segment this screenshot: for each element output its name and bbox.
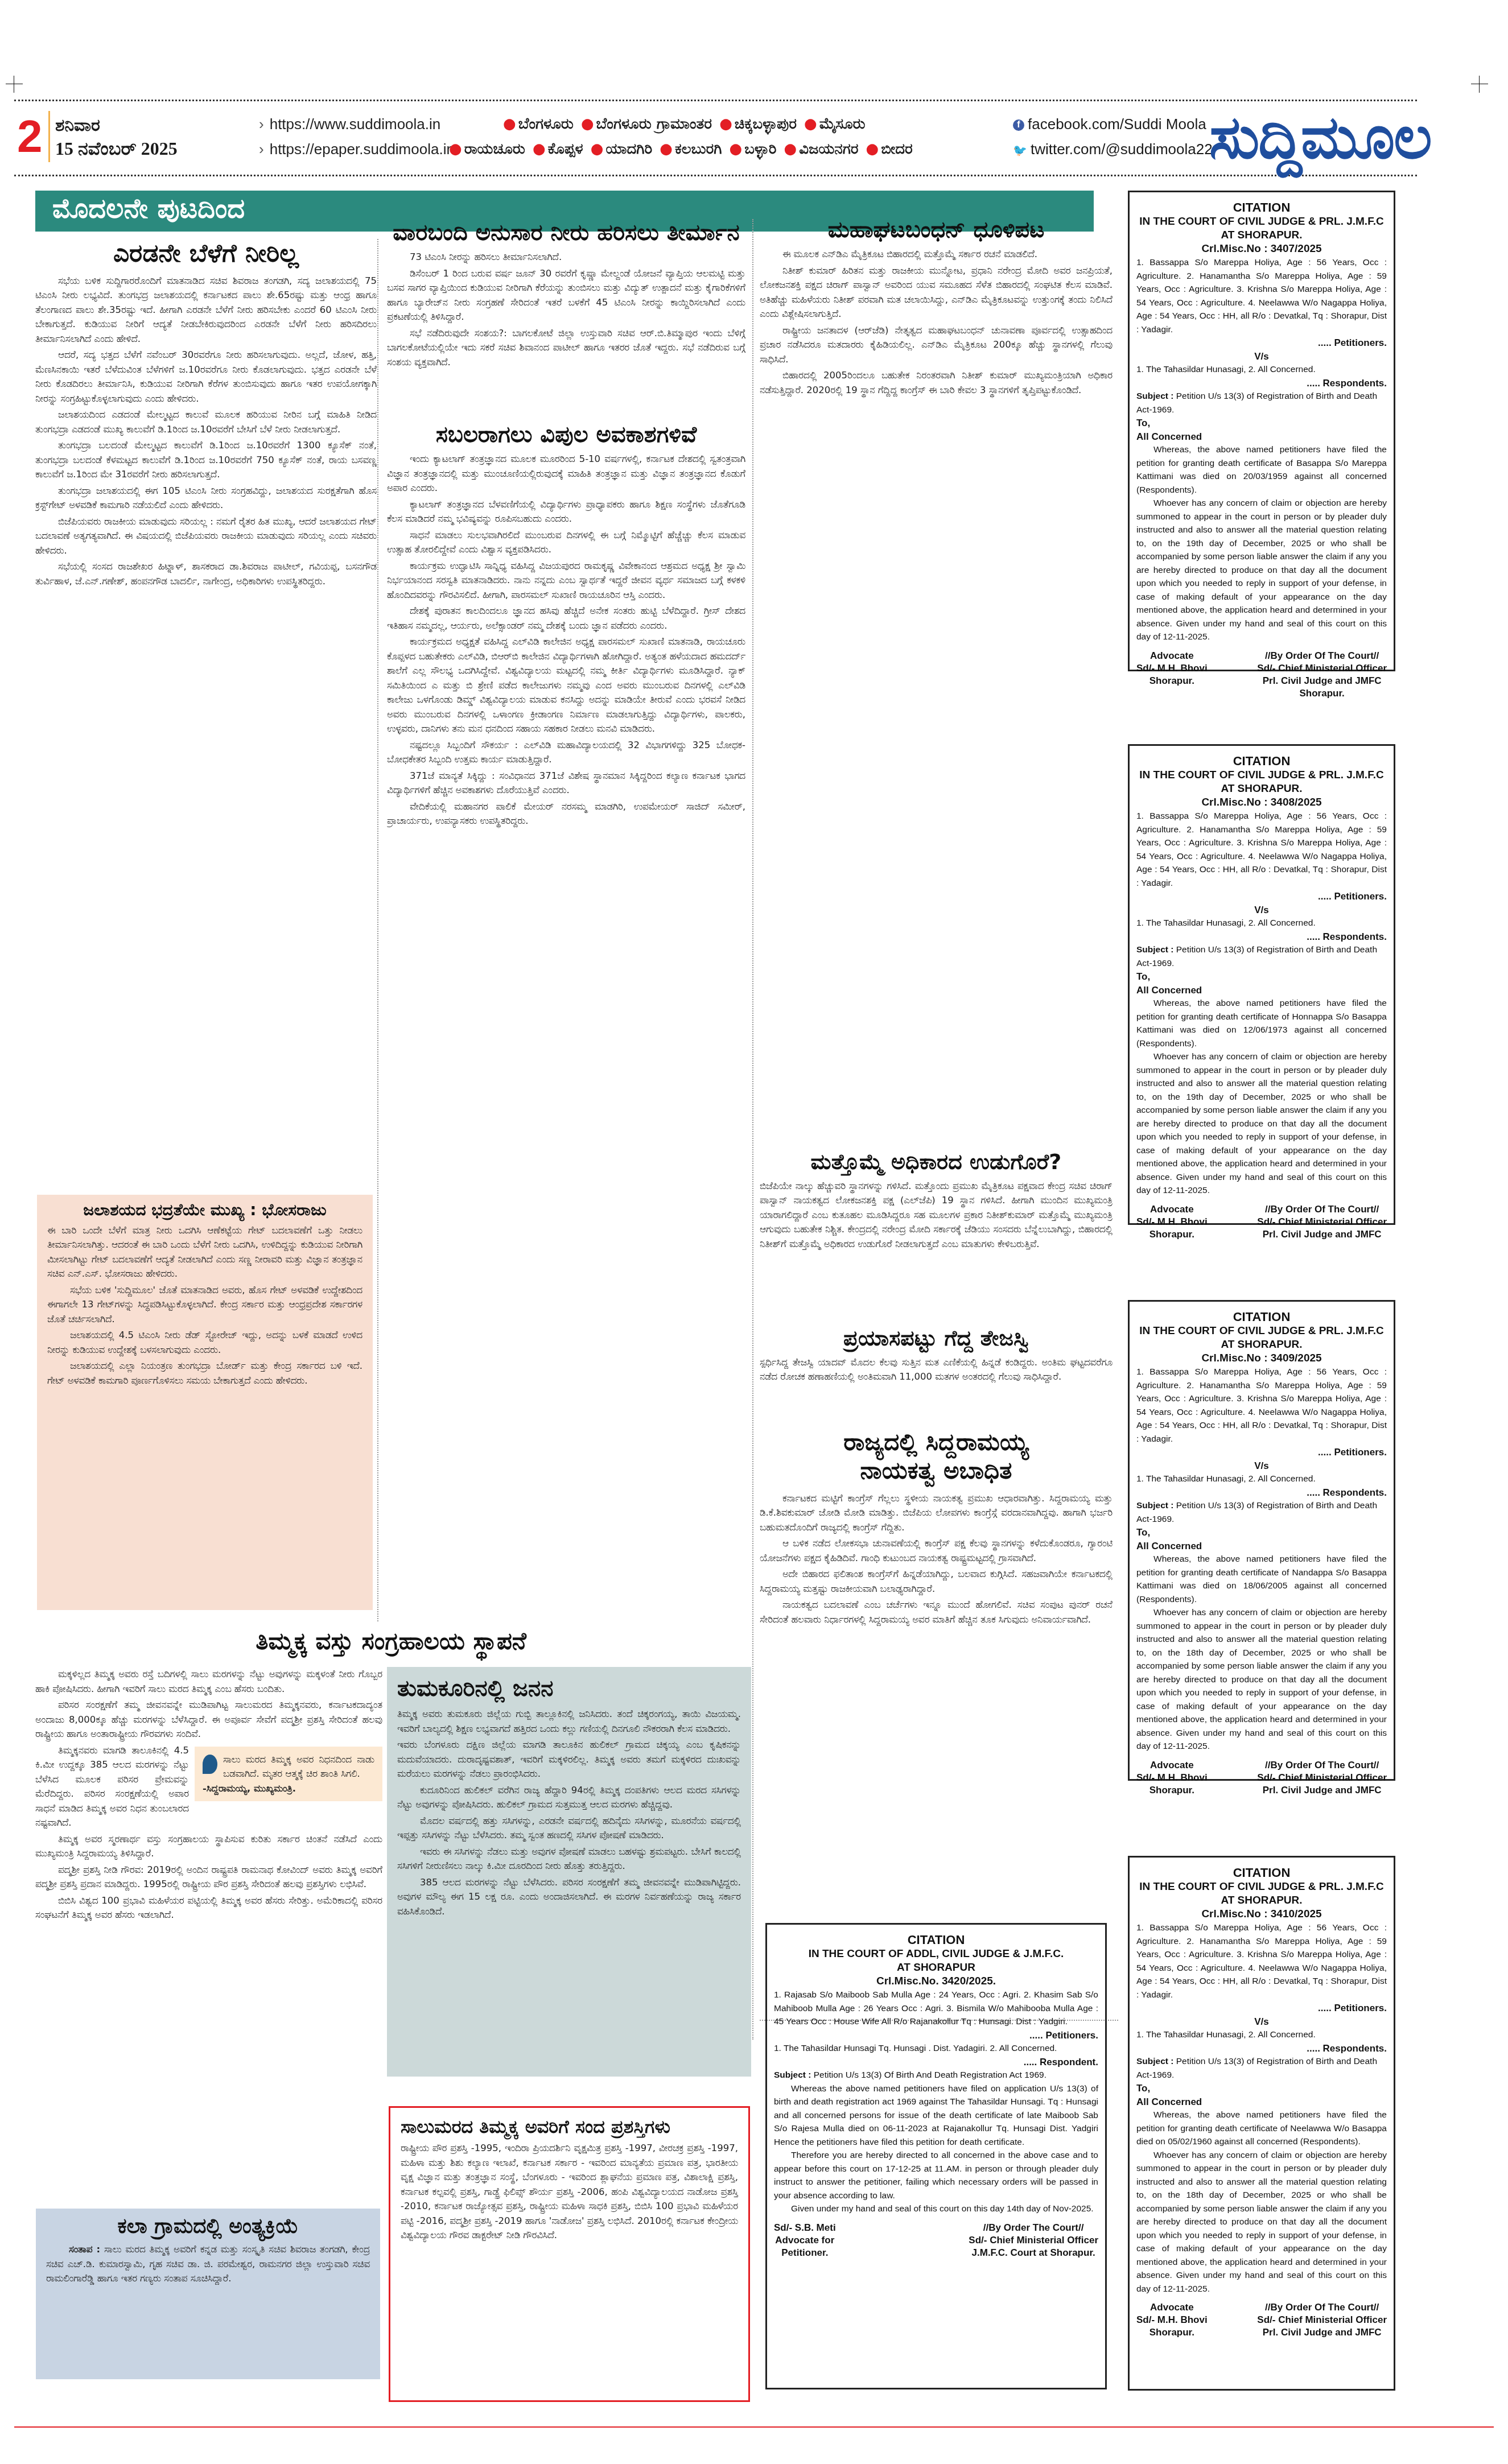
district-list-row2: ●ರಾಯಚೂರು ●ಕೊಪ್ಪಳ ●ಯಾದಗಿರಿ ●ಕಲಬುರಗಿ ●ಬಳ್ಳ… [447,141,913,158]
notice-paragraph: Whereas, the above named petitioners hav… [1136,997,1387,1050]
quote-text: ಸಾಲು ಮರದ ತಿಮ್ಮಕ್ಕ ಅವರ ನಿಧನದಿಂದ ನಾಡು ಬಡವಾ… [203,1752,374,1781]
court-name: IN THE COURT OF ADDL, CIVIL JUDGE & J.M.… [774,1947,1098,1961]
newspaper-logo: ಸುದ್ದಿಮೂಲ [1209,102,1431,172]
notice-title: CITATION [1136,754,1387,769]
petitioners-label: ..... Petitioners. [1136,336,1387,350]
petitioners: 1. Rajasab S/o Maiboob Sab Mulla Age : 2… [774,1988,1098,2029]
article-museum: ಮಕ್ಕಳಿಲ್ಲದ ತಿಮ್ಮಕ್ಕ ಅವರು ರಸ್ತೆ ಬದಿಗಳಲ್ಲಿ… [35,1667,382,2190]
bullet-icon: ● [533,141,546,158]
case-number: Crl.Misc.No. 3420/2025. [774,1975,1098,1988]
respondents-label: ..... Respondents. [1136,2042,1387,2056]
court-place: AT SHORAPUR [774,1961,1098,1975]
facebook-icon: f [1013,119,1024,131]
crop-mark-top-right [1471,76,1488,93]
addressee: All Concerned [1136,984,1387,997]
case-number: Crl.Misc.No : 3410/2025 [1136,1908,1387,1921]
box-body: ಸಂತಾಪ : ಸಾಲು ಮರದ ತಿಮ್ಮಕ್ಕ ಅವರಿಗೆ ಕನ್ನಡ ಮ… [46,2242,370,2286]
article-opportunities: ಸಬಲರಾಗಲು ವಿಪುಲ ಅವಕಾಶಗಳಿವೆ ಇಂದು ಕ್ಯಾಟಲಾಗ್… [387,421,745,1621]
addressee-to: To, [1136,970,1387,984]
respondents-label: ..... Respondents. [1136,930,1387,944]
notice-paragraph: Whoever has any concern of claim or obje… [1136,2149,1387,2296]
quote-box: ಸಾಲು ಮರದ ತಿಮ್ಮಕ್ಕ ಅವರ ನಿಧನದಿಂದ ನಾಡು ಬಡವಾ… [195,1747,382,1802]
versus: V/s [1136,1459,1387,1473]
headline: ವಾರಬಂದಿ ಅನುಸಾರ ನೀರು ಹರಿಸಲು ತೀರ್ಮಾನ [387,219,745,246]
box-body: ರಾಷ್ಟ್ರೀಯ ಪೌರ ಪ್ರಶಸ್ತಿ -1995, ಇಂದಿರಾ ಪ್ರ… [401,2141,738,2243]
headline-line1: ರಾಜ್ಯದಲ್ಲಿ ಸಿದ್ದರಾಮಯ್ಯ [760,1428,1113,1456]
petitioners: 1. Bassappa S/o Mareppa Holiya, Age : 56… [1136,1921,1387,2001]
versus: V/s [1136,903,1387,917]
box-headline: ಜಲಾಶಯದ ಭದ್ರತೆಯೇ ಮುಖ್ಯ : ಭೋಸರಾಜು [47,1200,362,1220]
addressee-to: To, [1136,2082,1387,2095]
signature-right: //By Order Of The Court//Sd/- Chief Mini… [1257,1203,1387,1241]
signature-right: //By Order Of The Court//Sd/- Chief Mini… [1257,650,1387,700]
bullet-icon: ● [804,115,817,133]
bullet-icon: ● [729,141,742,158]
facebook-link[interactable]: ffacebook.com/Suddi Moola [1013,115,1206,133]
section-banner-label: ಮೊದಲನೇ ಪುಟದಿಂದ [52,193,245,225]
signatures: AdvocateSd/- M.H. BhoviShorapur. //By Or… [1136,2301,1387,2339]
legal-notice-3410: CITATION IN THE COURT OF CIVIL JUDGE & P… [1128,1856,1395,2391]
addressee: All Concerned [1136,1540,1387,1553]
addressee: All Concerned [1136,2095,1387,2109]
subject: Subject : Petition U/s 13(3) Of Birth An… [774,2069,1098,2082]
headline: ಪ್ರಯಾಸಪಟ್ಟು ಗೆದ್ದ ತೇಜಸ್ವಿ [760,1326,1113,1352]
headline: ಎರಡನೇ ಬೆಳೆಗೆ ನೀರಿಲ್ಲ [35,239,377,269]
petitioners-label: ..... Petitioners. [1136,1446,1387,1459]
respondents: 1. The Tahasildar Hunasagi, 2. All Conce… [1136,363,1387,377]
notice-paragraph: Therefore you are hereby directed to all… [774,2149,1098,2202]
bullet-icon: ● [866,141,879,158]
addressee-to: To, [1136,416,1387,430]
box-headline: ಸಾಲುಮರದ ತಿಮ್ಮಕ್ಕ ಅವರಿಗೆ ಸಂದ ಪ್ರಶಸ್ತಿಗಳು [401,2116,738,2137]
court-place: AT SHORAPUR. [1136,782,1387,796]
article-body: ಈ ಮೂಲಕ ಎನ್‌ಡಿಎ ಮೈತ್ರಿಕೂಟ ಬಿಹಾರದಲ್ಲಿ ಮತ್ತ… [760,247,1113,397]
legal-notice-3408: CITATION IN THE COURT OF CIVIL JUDGE & P… [1128,744,1395,1225]
article-museum-headline: ತಿಮ್ಮಕ್ಕ ವಸ್ತು ಸಂಗ್ರಹಾಲಯ ಸ್ಥಾಪನೆ [35,1627,747,1656]
article-awards-box: ಸಾಲುಮರದ ತಿಮ್ಮಕ್ಕ ಅವರಿಗೆ ಸಂದ ಪ್ರಶಸ್ತಿಗಳು … [389,2106,750,2402]
petitioners-label: ..... Petitioners. [1136,890,1387,903]
signature-left: AdvocateSd/- M.H. BhoviShorapur. [1136,650,1208,700]
quote-author: -ಸಿದ್ದರಾಮಯ್ಯ, ಮುಖ್ಯಮಂತ್ರಿ. [203,1781,374,1796]
column-divider [752,219,753,2040]
article-body: ಸಭೆಯ ಬಳಿಕ ಸುದ್ದಿಗಾರರೊಂದಿಗೆ ಮಾತನಾಡಿದ ಸಚಿವ… [35,274,377,589]
bullet-icon: ● [784,141,797,158]
quote-drop-icon [203,1755,217,1774]
page-number: 2 [17,111,43,162]
headline-line2: ನಾಯಕತ್ವ ಅಬಾಧಿತ [760,1456,1113,1485]
signatures: AdvocateSd/- M.H. BhoviShorapur. //By Or… [1136,1203,1387,1241]
court-place: AT SHORAPUR. [1136,1894,1387,1908]
bullet-icon: ● [449,141,462,158]
notice-paragraph: Whoever has any concern of claim or obje… [1136,497,1387,644]
notice-title: CITATION [774,1933,1098,1947]
respondents: 1. The Tahasildar Hunasagi, 2. All Conce… [1136,1472,1387,1486]
masthead-bottom-rule [14,175,1417,176]
article-body: ಇಂದು ಕ್ಯಾಟಲಾಗ್ ತಂತ್ರಜ್ಞಾನದ ಮೂಲಕ ಮೂರರಿಂದ … [387,452,745,828]
signature-left: AdvocateSd/- M.H. BhoviShorapur. [1136,1759,1208,1797]
bullet-icon: ● [591,141,604,158]
case-number: Crl.Misc.No : 3409/2025 [1136,1352,1387,1365]
lead-label: ಸಂತಾಪ : [69,2244,100,2255]
notice-title: CITATION [1136,200,1387,215]
notice-paragraph: Whoever has any concern of claim or obje… [1136,1606,1387,1753]
box-body: ಈ ಬಾರಿ ಒಂದೇ ಬೆಳೆಗೆ ಮಾತ್ರ ನೀರು ಒದಗಿಸಿ ಆಣೆ… [47,1223,362,1388]
respondents: 1. The Tahasildar Hunasagi, 2. All Conce… [1136,917,1387,930]
court-name: IN THE COURT OF CIVIL JUDGE & PRL. J.M.F… [1136,215,1387,229]
masthead-top-rule [14,100,1417,101]
case-number: Crl.Misc.No : 3408/2025 [1136,796,1387,810]
notice-paragraph: Whereas, the above named petitioners hav… [1136,443,1387,497]
bullet-icon: ● [503,115,516,133]
notice-paragraph: Whereas the above named petitioners have… [774,2082,1098,2149]
legal-notice-3420: CITATION IN THE COURT OF ADDL, CIVIL JUD… [765,1923,1107,2389]
signature-right: //By Order The Court//Sd/- Chief Ministe… [969,2222,1098,2259]
district-list-row1: ●ಬೆಂಗಳೂರು ●ಬೆಂಗಳೂರು ಗ್ರಾಮಾಂತರ ●ಚಿಕ್ಕಬಳ್ಳ… [501,115,866,133]
article-mahagathbandhan: ಮಹಾಘಟಬಂಧನ್ ಧೂಳಿಪಟ ಈ ಮೂಲಕ ಎನ್‌ಡಿಎ ಮೈತ್ರಿಕ… [760,216,1113,1115]
article-tejashwi: ಪ್ರಯಾಸಪಟ್ಟು ಗೆದ್ದ ತೇಜಸ್ವಿ ಸ್ಪರ್ಧಿಸಿದ್ದ ತ… [760,1326,1113,1422]
signature-left: AdvocateSd/- M.H. BhoviShorapur. [1136,2301,1208,2339]
article-body: 73 ಟಿಎಂಸಿ ನೀರನ್ನು ಹರಿಸಲು ತೀರ್ಮಾನಿಸಲಾಗಿದೆ… [387,250,745,369]
signature-right: //By Order Of The Court//Sd/- Chief Mini… [1257,1759,1387,1797]
notice-title: CITATION [1136,1865,1387,1880]
signatures: Sd/- S.B. MetiAdvocate forPetitioner. //… [774,2222,1098,2259]
versus: V/s [1136,2015,1387,2029]
subject: Subject : Petition U/s 13(3) of Registra… [1136,1499,1387,1526]
respondents: 1. The Tahasildar Hunsagi Tq. Hunsagi . … [774,2042,1098,2056]
court-name: IN THE COURT OF CIVIL JUDGE & PRL. J.M.F… [1136,769,1387,782]
weekday: ಶನಿವಾರ [55,115,100,135]
issue-date: 15 ನವೆಂಬರ್ 2025 [55,138,178,160]
subject: Subject : Petition U/s 13(3) of Registra… [1136,2055,1387,2082]
box-body: ತಿಮ್ಮಕ್ಕ ಅವರು ತುಮಕೂರು ಜಿಲ್ಲೆಯ ಗುಬ್ಬಿ ತಾಲ… [397,1707,741,1918]
article-body: ಕರ್ನಾಟಕದ ಮಟ್ಟಿಗೆ ಕಾಂಗ್ರೆಸ್ ಗೆಲ್ಲಲು ಸ್ಥಳೀ… [760,1491,1113,1627]
epaper-link[interactable]: ›https://epaper.suddimoola.in [259,141,455,158]
addressee: All Concerned [1136,430,1387,444]
box-headline: ಕಲಾ ಗ್ರಾಮದಲ್ಲಿ ಅಂತ್ಯಕ್ರಿಯೆ [46,2214,370,2239]
court-name: IN THE COURT OF CIVIL JUDGE & PRL. J.M.F… [1136,1880,1387,1894]
notice-paragraph: Given under my hand and seal of this cou… [774,2202,1098,2216]
signature-left: Sd/- S.B. MetiAdvocate forPetitioner. [774,2222,836,2259]
versus: V/s [1136,350,1387,364]
petitioners: 1. Bassappa S/o Mareppa Holiya, Age : 56… [1136,1365,1387,1446]
petitioners: 1. Bassappa S/o Mareppa Holiya, Age : 56… [1136,256,1387,336]
crop-mark-top-left [6,76,23,93]
legal-notice-3407: CITATION IN THE COURT OF CIVIL JUDGE & P… [1128,191,1395,671]
respondents-label: ..... Respondent. [774,2056,1098,2069]
article-body: ಮಕ್ಕಳಿಲ್ಲದ ತಿಮ್ಮಕ್ಕ ಅವರು ರಸ್ತೆ ಬದಿಗಳಲ್ಲಿ… [35,1667,382,1922]
petitioners: 1. Bassappa S/o Mareppa Holiya, Age : 56… [1136,810,1387,890]
case-number: Crl.Misc.No : 3407/2025 [1136,242,1387,256]
addressee-to: To, [1136,1526,1387,1540]
masthead: 2 ಶನಿವಾರ 15 ನವೆಂಬರ್ 2025 ›https://www.su… [14,105,1425,168]
court-place: AT SHORAPUR. [1136,1338,1387,1352]
signature-left: AdvocateSd/- M.H. BhoviShorapur. [1136,1203,1208,1241]
signatures: AdvocateSd/- M.H. BhoviShorapur. //By Or… [1136,1759,1387,1797]
signature-right: //By Order Of The Court//Sd/- Chief Mini… [1257,2301,1387,2339]
twitter-icon: 🐦 [1013,143,1027,158]
notice-paragraph: Whereas, the above named petitioners hav… [1136,2108,1387,2149]
legal-notice-3409: CITATION IN THE COURT OF CIVIL JUDGE & P… [1128,1300,1395,1781]
headline: ಸಬಲರಾಗಲು ವಿಪುಲ ಅವಕಾಶಗಳಿವೆ [387,421,745,448]
signatures: AdvocateSd/- M.H. BhoviShorapur. //By Or… [1136,650,1387,700]
footer-rule [14,2426,1494,2428]
respondents: 1. The Tahasildar Hunasagi, 2. All Conce… [1136,2028,1387,2042]
headline: ಮಹಾಘಟಬಂಧನ್ ಧೂಳಿಪಟ [760,216,1113,243]
article-power-gift: ಮತ್ತೊಮ್ಮೆ ಅಧಿಕಾರದ ಉಡುಗೊರೆ? ಬಿಜೆಪಿಯೇ ನಾಲ್… [760,1149,1113,1326]
website-link[interactable]: ›https://www.suddimoola.in [259,115,440,133]
petitioners-label: ..... Petitioners. [1136,2001,1387,2015]
article-funeral-box: ಕಲಾ ಗ್ರಾಮದಲ್ಲಿ ಅಂತ್ಯಕ್ರಿಯೆ ಸಂತಾಪ : ಸಾಲು … [36,2209,380,2379]
court-name: IN THE COURT OF CIVIL JUDGE & PRL. J.M.F… [1136,1324,1387,1338]
notice-paragraph: Whereas, the above named petitioners hav… [1136,1553,1387,1606]
respondents-label: ..... Respondents. [1136,377,1387,390]
respondents-label: ..... Respondents. [1136,1486,1387,1500]
bullet-icon: ● [581,115,594,133]
subject: Subject : Petition U/s 13(3) of Registra… [1136,943,1387,970]
sidebar-box-bhosaraju: ಜಲಾಶಯದ ಭದ್ರತೆಯೇ ಮುಖ್ಯ : ಭೋಸರಾಜು ಈ ಬಾರಿ ಒ… [37,1195,373,1610]
twitter-link[interactable]: 🐦twitter.com/@suddimoola22 [1013,141,1213,158]
notice-title: CITATION [1136,1310,1387,1324]
article-warabandi: ವಾರಬಂದಿ ಅನುಸಾರ ನೀರು ಹರಿಸಲು ತೀರ್ಮಾನ 73 ಟಿ… [387,219,745,418]
article-body: ಸ್ಪರ್ಧಿಸಿದ್ದ ತೇಜಸ್ವಿ ಯಾದವ್ ಮೊದಲ ಕೆಲವು ಸು… [760,1355,1113,1384]
court-place: AT SHORAPUR. [1136,229,1387,242]
article-born-tumkur: ತುಮಕೂರಿನಲ್ಲಿ ಜನನ ತಿಮ್ಮಕ್ಕ ಅವರು ತುಮಕೂರು ಜ… [387,1667,751,2077]
article-no-water-second-crop: ಎರಡನೇ ಬೆಳೆಗೆ ನೀರಿಲ್ಲ ಸಭೆಯ ಬಳಿಕ ಸುದ್ದಿಗಾರ… [35,239,377,1178]
subject: Subject : Petition U/s 13(3) of Registra… [1136,390,1387,416]
box-headline: ತುಮಕೂರಿನಲ್ಲಿ ಜನನ [397,1675,741,1702]
bullet-icon: ● [660,141,673,158]
chevron-right-icon: › [259,141,264,158]
column-divider [377,239,378,1621]
notice-paragraph: Whoever has any concern of claim or obje… [1136,1050,1387,1198]
petitioners-label: ..... Petitioners. [774,2029,1098,2042]
bullet-icon: ● [719,115,732,133]
article-body: ಬಿಜೆಪಿಯೇ ನಾಲ್ಕು ಹೆಚ್ಚುವರಿ ಸ್ಥಾನಗಳನ್ನು ಗಳ… [760,1179,1113,1252]
page-number-divider [48,111,50,162]
headline: ಮತ್ತೊಮ್ಮೆ ಅಧಿಕಾರದ ಉಡುಗೊರೆ? [760,1149,1113,1175]
chevron-right-icon: › [259,115,264,133]
